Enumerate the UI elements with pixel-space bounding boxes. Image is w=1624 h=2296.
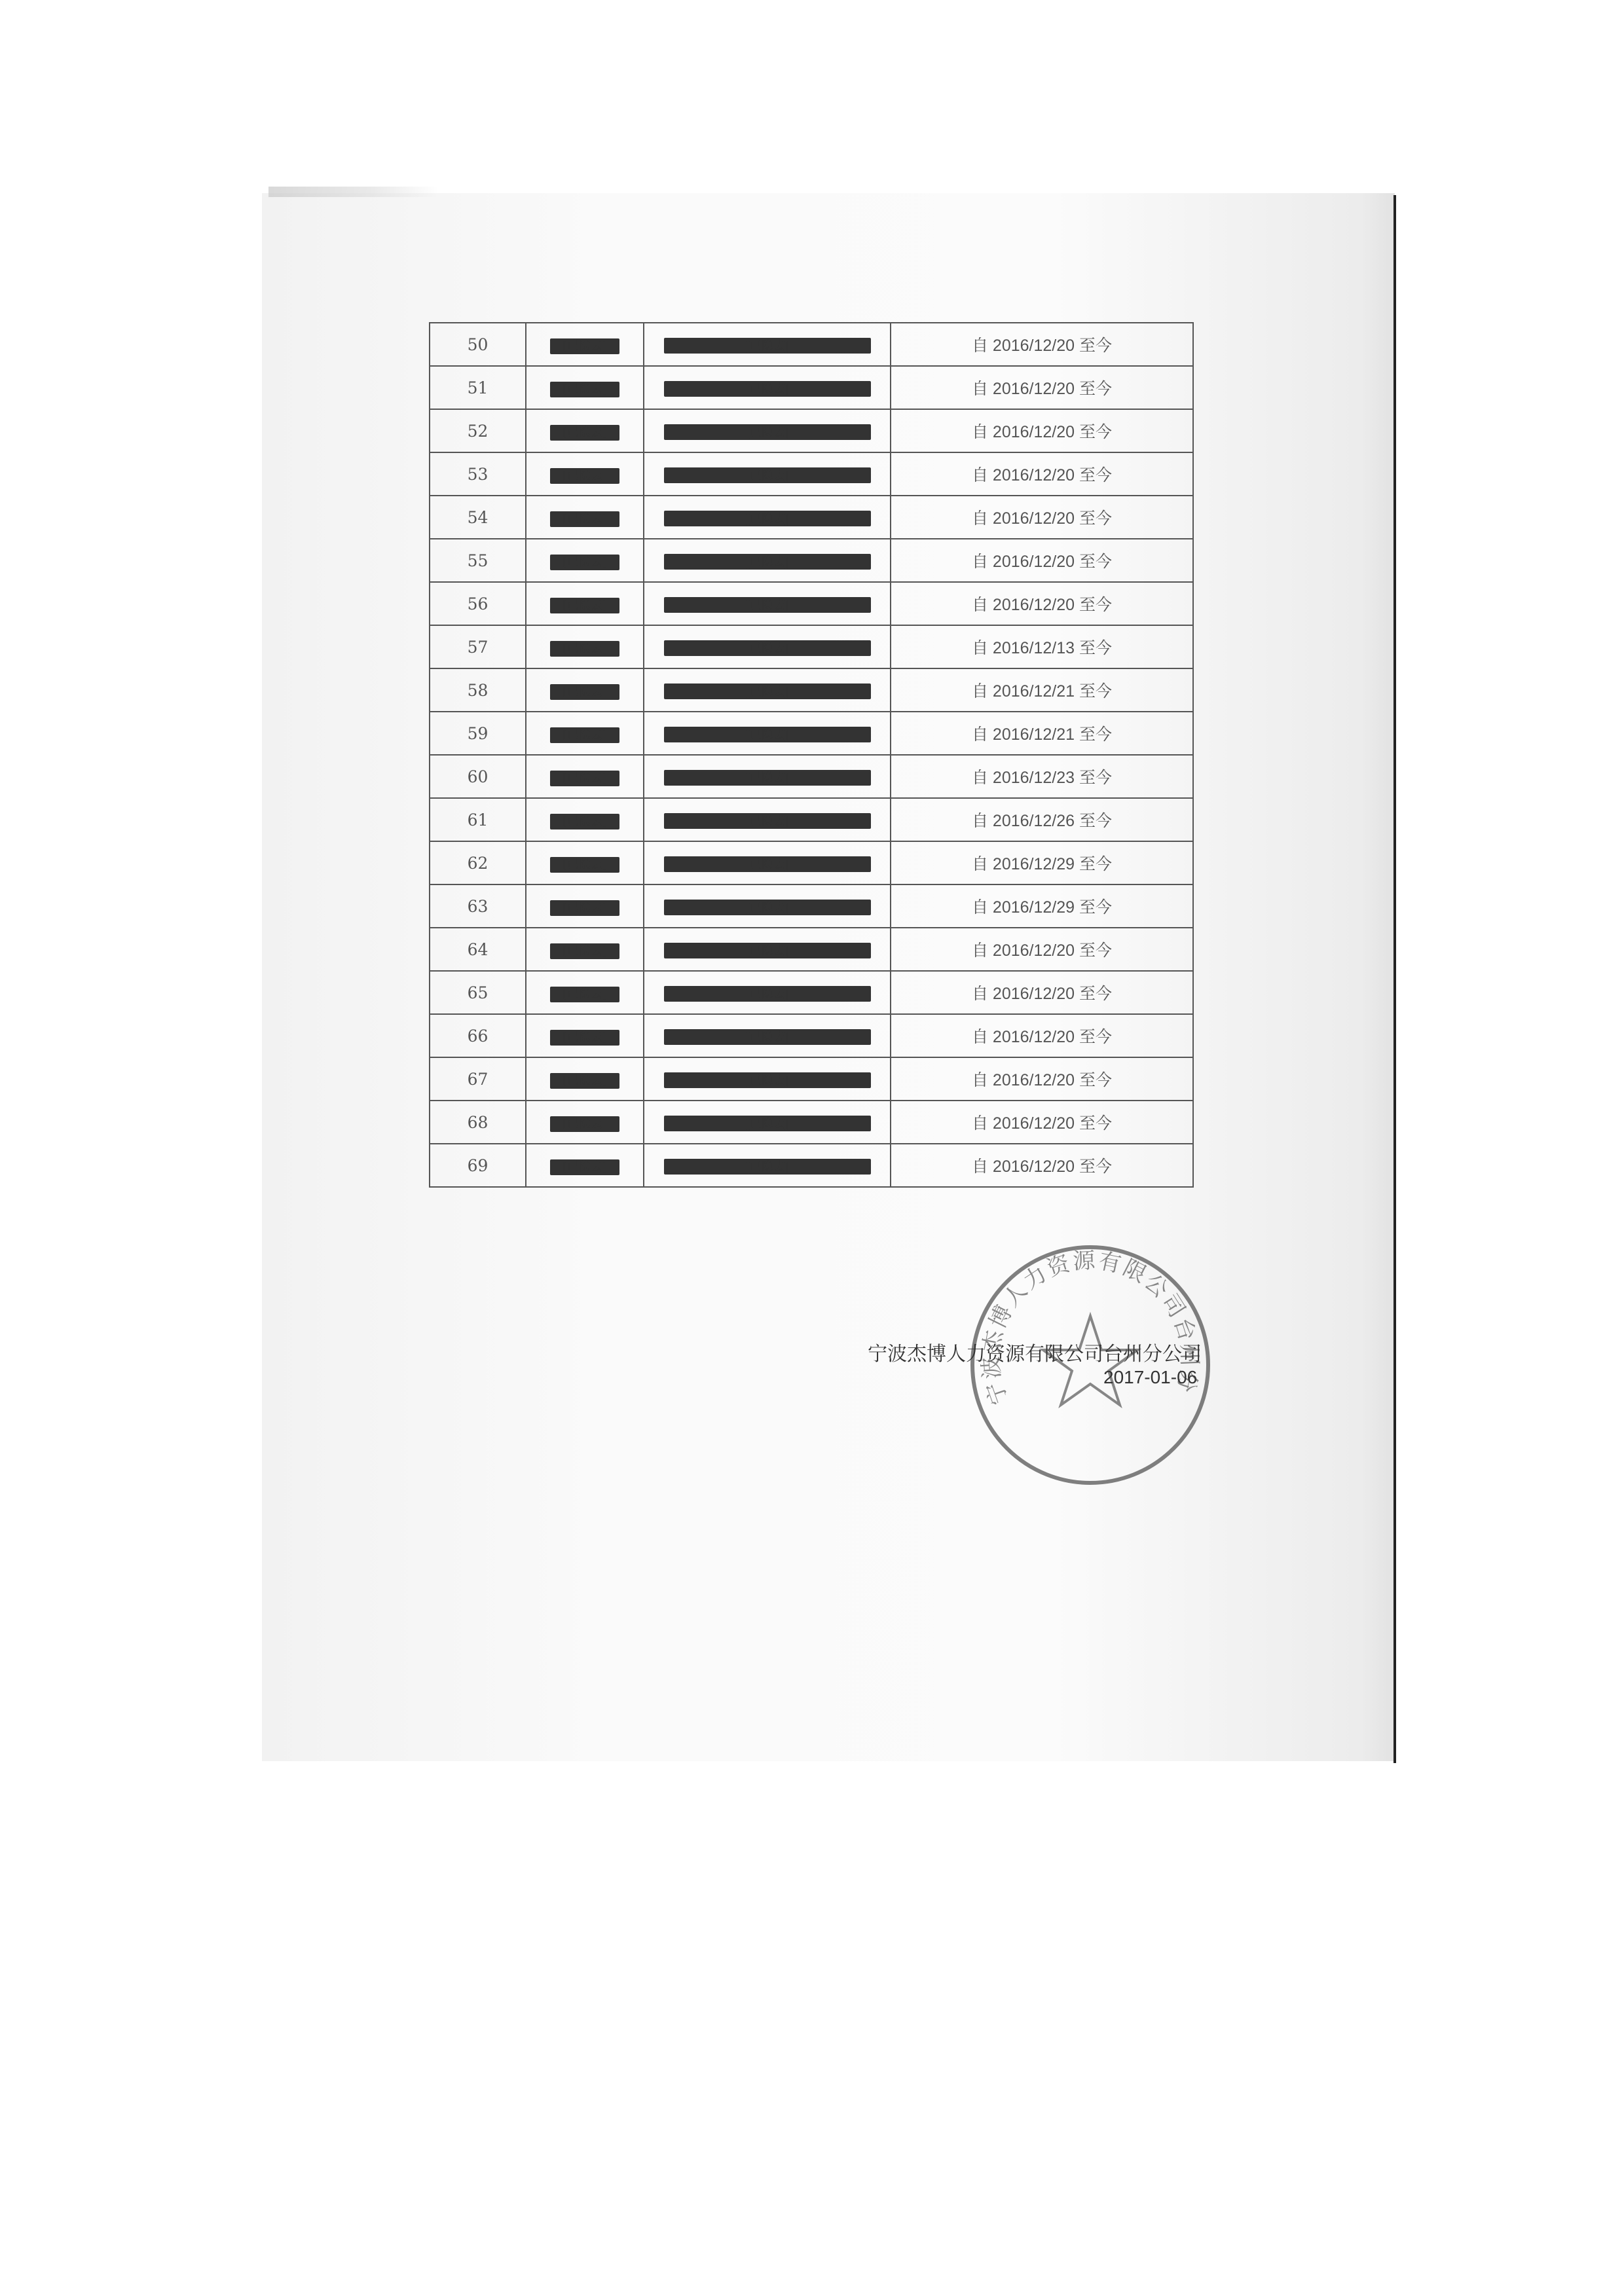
id-number-redacted: [已隐去]: [644, 1101, 891, 1144]
row-number: 54: [430, 496, 526, 539]
employment-period: 自 2016/12/20 至今: [891, 582, 1193, 625]
id-number-redacted: [已隐去]: [644, 971, 891, 1014]
employment-period: 自 2016/12/20 至今: [891, 1144, 1193, 1187]
employment-period: 自 2016/12/26 至今: [891, 798, 1193, 841]
id-number-redacted: [已隐去]: [644, 582, 891, 625]
employee-name-redacted: [已隐去]: [526, 496, 644, 539]
id-number-redacted: [已隐去]: [644, 755, 891, 798]
row-number: 60: [430, 755, 526, 798]
employee-name-redacted: [已隐去]: [526, 712, 644, 755]
employee-name-redacted: [已隐去]: [526, 582, 644, 625]
row-number: 68: [430, 1101, 526, 1144]
id-number-redacted: [已隐去]: [644, 409, 891, 452]
id-number-redacted: [已隐去]: [644, 1057, 891, 1101]
row-number: 61: [430, 798, 526, 841]
table-row: 50[已隐去][已隐去]自 2016/12/20 至今: [430, 323, 1193, 366]
scan-artifact: [268, 187, 439, 197]
row-number: 56: [430, 582, 526, 625]
id-number-redacted: [已隐去]: [644, 323, 891, 366]
row-number: 66: [430, 1014, 526, 1057]
table-row: 58[已隐去][已隐去]自 2016/12/21 至今: [430, 668, 1193, 712]
table-row: 60[已隐去][已隐去]自 2016/12/23 至今: [430, 755, 1193, 798]
employment-period: 自 2016/12/23 至今: [891, 755, 1193, 798]
id-number-redacted: [已隐去]: [644, 712, 891, 755]
row-number: 58: [430, 668, 526, 712]
table-row: 52[已隐去][已隐去]自 2016/12/20 至今: [430, 409, 1193, 452]
table-row: 66[已隐去][已隐去]自 2016/12/20 至今: [430, 1014, 1193, 1057]
employment-period: 自 2016/12/20 至今: [891, 1057, 1193, 1101]
employee-name-redacted: [已隐去]: [526, 452, 644, 496]
table-row: 67[已隐去][已隐去]自 2016/12/20 至今: [430, 1057, 1193, 1101]
id-number-redacted: [已隐去]: [644, 539, 891, 582]
row-number: 55: [430, 539, 526, 582]
employment-period: 自 2016/12/21 至今: [891, 668, 1193, 712]
table-row: 69[已隐去][已隐去]自 2016/12/20 至今: [430, 1144, 1193, 1187]
table-row: 62[已隐去][已隐去]自 2016/12/29 至今: [430, 841, 1193, 884]
employment-period: 自 2016/12/20 至今: [891, 1101, 1193, 1144]
row-number: 59: [430, 712, 526, 755]
id-number-redacted: [已隐去]: [644, 798, 891, 841]
row-number: 57: [430, 625, 526, 668]
employee-name-redacted: [已隐去]: [526, 928, 644, 971]
employment-period: 自 2016/12/20 至今: [891, 496, 1193, 539]
table-row: 55[已隐去][已隐去]自 2016/12/20 至今: [430, 539, 1193, 582]
id-number-redacted: [已隐去]: [644, 668, 891, 712]
table-row: 64[已隐去][已隐去]自 2016/12/20 至今: [430, 928, 1193, 971]
id-number-redacted: [已隐去]: [644, 366, 891, 409]
employee-name-redacted: [已隐去]: [526, 1101, 644, 1144]
employee-name-redacted: [已隐去]: [526, 755, 644, 798]
table-row: 54[已隐去][已隐去]自 2016/12/20 至今: [430, 496, 1193, 539]
id-number-redacted: [已隐去]: [644, 452, 891, 496]
scan-edge: [1393, 195, 1396, 1763]
id-number-redacted: [已隐去]: [644, 1014, 891, 1057]
employment-period: 自 2016/12/21 至今: [891, 712, 1193, 755]
row-number: 52: [430, 409, 526, 452]
row-number: 50: [430, 323, 526, 366]
id-number-redacted: [已隐去]: [644, 841, 891, 884]
employee-name-redacted: [已隐去]: [526, 1057, 644, 1101]
employment-period: 自 2016/12/20 至今: [891, 409, 1193, 452]
row-number: 65: [430, 971, 526, 1014]
employee-name-redacted: [已隐去]: [526, 1144, 644, 1187]
id-number-redacted: [已隐去]: [644, 928, 891, 971]
employment-period: 自 2016/12/20 至今: [891, 971, 1193, 1014]
employee-name-redacted: [已隐去]: [526, 323, 644, 366]
employment-period: 自 2016/12/20 至今: [891, 366, 1193, 409]
id-number-redacted: [已隐去]: [644, 1144, 891, 1187]
row-number: 62: [430, 841, 526, 884]
table-row: 68[已隐去][已隐去]自 2016/12/20 至今: [430, 1101, 1193, 1144]
row-number: 69: [430, 1144, 526, 1187]
table-row: 56[已隐去][已隐去]自 2016/12/20 至今: [430, 582, 1193, 625]
employment-period: 自 2016/12/13 至今: [891, 625, 1193, 668]
row-number: 53: [430, 452, 526, 496]
id-number-redacted: [已隐去]: [644, 496, 891, 539]
id-number-redacted: [已隐去]: [644, 625, 891, 668]
employee-name-redacted: [已隐去]: [526, 798, 644, 841]
employment-period: 自 2016/12/20 至今: [891, 323, 1193, 366]
row-number: 51: [430, 366, 526, 409]
table-row: 63[已隐去][已隐去]自 2016/12/29 至今: [430, 884, 1193, 928]
table-row: 59[已隐去][已隐去]自 2016/12/21 至今: [430, 712, 1193, 755]
employment-period: 自 2016/12/20 至今: [891, 539, 1193, 582]
row-number: 67: [430, 1057, 526, 1101]
table-row: 51[已隐去][已隐去]自 2016/12/20 至今: [430, 366, 1193, 409]
employment-period: 自 2016/12/29 至今: [891, 884, 1193, 928]
table-row: 61[已隐去][已隐去]自 2016/12/26 至今: [430, 798, 1193, 841]
employee-name-redacted: [已隐去]: [526, 841, 644, 884]
employee-name-redacted: [已隐去]: [526, 366, 644, 409]
employee-name-redacted: [已隐去]: [526, 668, 644, 712]
table-row: 57[已隐去][已隐去]自 2016/12/13 至今: [430, 625, 1193, 668]
employee-name-redacted: [已隐去]: [526, 625, 644, 668]
employee-name-redacted: [已隐去]: [526, 539, 644, 582]
employment-period: 自 2016/12/20 至今: [891, 452, 1193, 496]
issuer-company: 宁波杰博人力资源有限公司台州分公司: [868, 1338, 1202, 1366]
table-row: 53[已隐去][已隐去]自 2016/12/20 至今: [430, 452, 1193, 496]
employee-table: 50[已隐去][已隐去]自 2016/12/20 至今51[已隐去][已隐去]自…: [429, 322, 1194, 1188]
employment-period: 自 2016/12/20 至今: [891, 928, 1193, 971]
issue-date: 2017-01-06: [1103, 1367, 1197, 1388]
employee-name-redacted: [已隐去]: [526, 409, 644, 452]
row-number: 63: [430, 884, 526, 928]
table-row: 65[已隐去][已隐去]自 2016/12/20 至今: [430, 971, 1193, 1014]
employment-period: 自 2016/12/29 至今: [891, 841, 1193, 884]
employee-name-redacted: [已隐去]: [526, 971, 644, 1014]
employee-name-redacted: [已隐去]: [526, 1014, 644, 1057]
employment-period: 自 2016/12/20 至今: [891, 1014, 1193, 1057]
id-number-redacted: [已隐去]: [644, 884, 891, 928]
row-number: 64: [430, 928, 526, 971]
employee-name-redacted: [已隐去]: [526, 884, 644, 928]
